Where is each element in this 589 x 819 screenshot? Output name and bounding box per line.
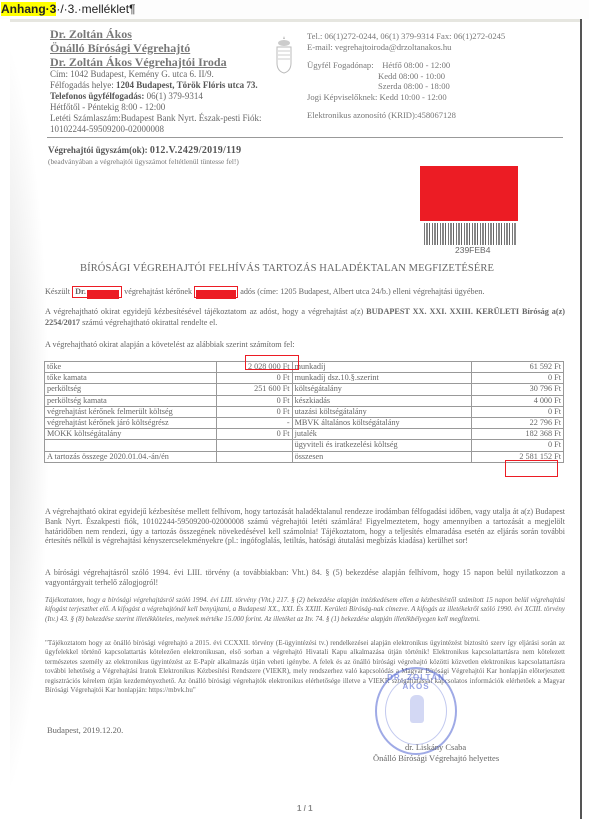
hungarian-coat-of-arms-icon <box>275 35 293 75</box>
contact-email: E-mail: vegrehajtoiroda@drzoltanakos.hu <box>307 42 577 53</box>
redacted-creditor: Dr. <box>72 286 122 298</box>
issue-date: Budapest, 2019.12.20. <box>47 725 123 735</box>
claims-cell-label: A tartozás összege 2020.01.04.-án/én <box>45 451 217 462</box>
annex-label-text: ·/·3.·melléklet¶ <box>56 2 135 16</box>
claims-cell-label: MOKK költségátalány <box>45 429 217 440</box>
claims-cell-value2: 0 Ft <box>472 440 564 451</box>
claims-row: A tartozás összege 2020.01.04.-án/énössz… <box>45 451 564 462</box>
stamp-text: DR. ZOLTÁN ÁKOS <box>377 673 455 691</box>
claims-cell-value: 251 600 Ft <box>216 384 292 395</box>
claims-cell-value: 0 Ft <box>216 406 292 417</box>
claims-cell-value: 0 Ft <box>216 429 292 440</box>
document-annex-label: Anhang·3·/·3.·melléklet¶ <box>0 0 589 19</box>
claims-cell-label2: MBVK általános költségátalány <box>292 417 472 428</box>
phone-hours: Telefonos ügyfélfogadás: 06(1) 379-9314 <box>50 91 320 102</box>
claims-cell-value: - <box>216 417 292 428</box>
objection-notice-paragraph: Tájékoztatom, hogy a bírósági végrehajtá… <box>45 596 565 624</box>
total-highlight-box <box>505 460 558 477</box>
header-divider <box>47 137 563 138</box>
deposit-account-bank: Letéti Számlaszám:Budapest Bank Nyrt. És… <box>50 113 320 124</box>
claims-table: tőke2 028 000 Ftmunkadíj61 592 Fttőke ka… <box>44 361 564 463</box>
claims-cell-value2: 22 796 Ft <box>472 417 564 428</box>
barcode-code: 239FEB4 <box>455 245 490 255</box>
signatory-role: Önálló Bírósági Végrehajtó helyettes <box>373 753 499 763</box>
krid-identifier: Elektronikus azonosító (KRID):458067128 <box>307 110 577 121</box>
client-days-row-1: Kedd 08:00 - 10:00 <box>307 71 577 82</box>
contact-tel-fax: Tel.: 06(1)272-0244, 06(1) 379-9314 Fax:… <box>307 31 577 42</box>
claims-row: végrehajtást kérőnek járó költségrész-MB… <box>45 417 564 428</box>
claims-cell-label: végrehajtást kérőnek járó költségrész <box>45 417 217 428</box>
claims-cell-value2: 182 368 Ft <box>472 429 564 440</box>
signatory-name: dr. Liskány Csaba <box>405 742 466 752</box>
claims-cell-label2: jutalék <box>292 429 472 440</box>
claims-cell-label2: munkadíj dsz.10.§.szerint <box>292 373 472 384</box>
claims-cell-label2: ügyviteli és iratkezelési költség <box>292 440 472 451</box>
claims-cell-value <box>216 451 292 462</box>
scanned-document: Dr. Zoltán Ákos Önálló Bírósági Végrehaj… <box>10 19 582 819</box>
claim-intro-paragraph: A végrehajtható okirat alapján a követel… <box>45 340 565 351</box>
claims-cell-label: perköltség <box>45 384 217 395</box>
client-days-row-2: Szerda 08:00 - 18:00 <box>307 81 577 92</box>
principal-highlight-box <box>245 355 299 370</box>
page-number: 1 / 1 <box>297 804 313 813</box>
claims-cell-label: perköltség kamata <box>45 395 217 406</box>
redacted-address-block <box>420 166 518 221</box>
scan-top-edge <box>10 19 580 22</box>
intro-paragraph: Készült Dr. végrehajtást kérőnek adós (c… <box>45 286 565 298</box>
claims-cell-label2: összesen <box>292 451 472 462</box>
office-hours: Hétfőtől - Péntekig 8:00 - 12:00 <box>50 102 320 113</box>
case-number: Végrehajtói ügyszám(ok): 012.V.2429/2019… <box>48 145 241 156</box>
claims-cell-label2: munkadíj <box>292 362 472 373</box>
payment-demand-paragraph: A végrehajtható okirat egyidejű kézbesít… <box>45 507 565 546</box>
claims-cell-label2: költségátalány <box>292 384 472 395</box>
claims-cell-label: végrehajtást kérőnek felmerült költség <box>45 406 217 417</box>
claims-row: MOKK költségátalány0 Ftjutalék182 368 Ft <box>45 429 564 440</box>
claims-cell-value2: 30 796 Ft <box>472 384 564 395</box>
legal-rep-hours: Jogi Képviselőknek: Kedd 10:00 - 12:00 <box>307 92 577 103</box>
claims-cell-label <box>45 440 217 451</box>
reception-place: Félfogadás helye: 1204 Budapest, Török F… <box>50 80 320 91</box>
deposit-account-number: 10102244-59509200-02000008 <box>50 124 320 135</box>
claims-cell-value: 0 Ft <box>216 395 292 406</box>
claims-cell-value <box>216 440 292 451</box>
claims-cell-value: 0 Ft <box>216 373 292 384</box>
claims-cell-value2: 0 Ft <box>472 373 564 384</box>
letterhead-right: Tel.: 06(1)272-0244, 06(1) 379-9314 Fax:… <box>307 31 577 121</box>
claims-row: tőke kamata0 Ftmunkadíj dsz.10.§.szerint… <box>45 373 564 384</box>
annex-highlight: Anhang·3 <box>1 2 56 16</box>
enforcement-paragraph: A végrehajtható okirat egyidejű kézbesít… <box>45 307 565 328</box>
case-number-note: (beadványában a végrehajtói ügyszámot fe… <box>48 157 239 166</box>
claims-cell-label: tőke kamata <box>45 373 217 384</box>
stamp-crest-icon <box>410 695 424 723</box>
barcode-image <box>424 223 516 245</box>
redacted-debtor <box>194 286 238 298</box>
lien-declaration-paragraph: A bírósági végrehajtásról szóló 1994. év… <box>45 568 565 588</box>
claims-row: perköltség kamata0 Ftkészkiadás4 000 Ft <box>45 395 564 406</box>
claims-row: ügyviteli és iratkezelési költség0 Ft <box>45 440 564 451</box>
claims-cell-value2: 4 000 Ft <box>472 395 564 406</box>
claims-cell-label: tőke <box>45 362 217 373</box>
client-days-row-0: Ügyfél Fogadónap: Hétfő 08:00 - 12:00 <box>307 60 577 71</box>
claims-row: perköltség251 600 Ftköltségátalány30 796… <box>45 384 564 395</box>
claims-cell-label2: utazási költségátalány <box>292 406 472 417</box>
claims-cell-value2: 0 Ft <box>472 406 564 417</box>
claims-row: tőke2 028 000 Ftmunkadíj61 592 Ft <box>45 362 564 373</box>
claims-cell-label2: készkiadás <box>292 395 472 406</box>
document-title: BÍRÓSÁGI VÉGREHAJTÓI FELHÍVÁS TARTOZÁS H… <box>80 263 540 274</box>
claims-row: végrehajtást kérőnek felmerült költség0 … <box>45 406 564 417</box>
claims-cell-value2: 61 592 Ft <box>472 362 564 373</box>
electronic-contact-paragraph: "Tájékoztatom hogy az önálló bírósági vé… <box>45 639 565 695</box>
